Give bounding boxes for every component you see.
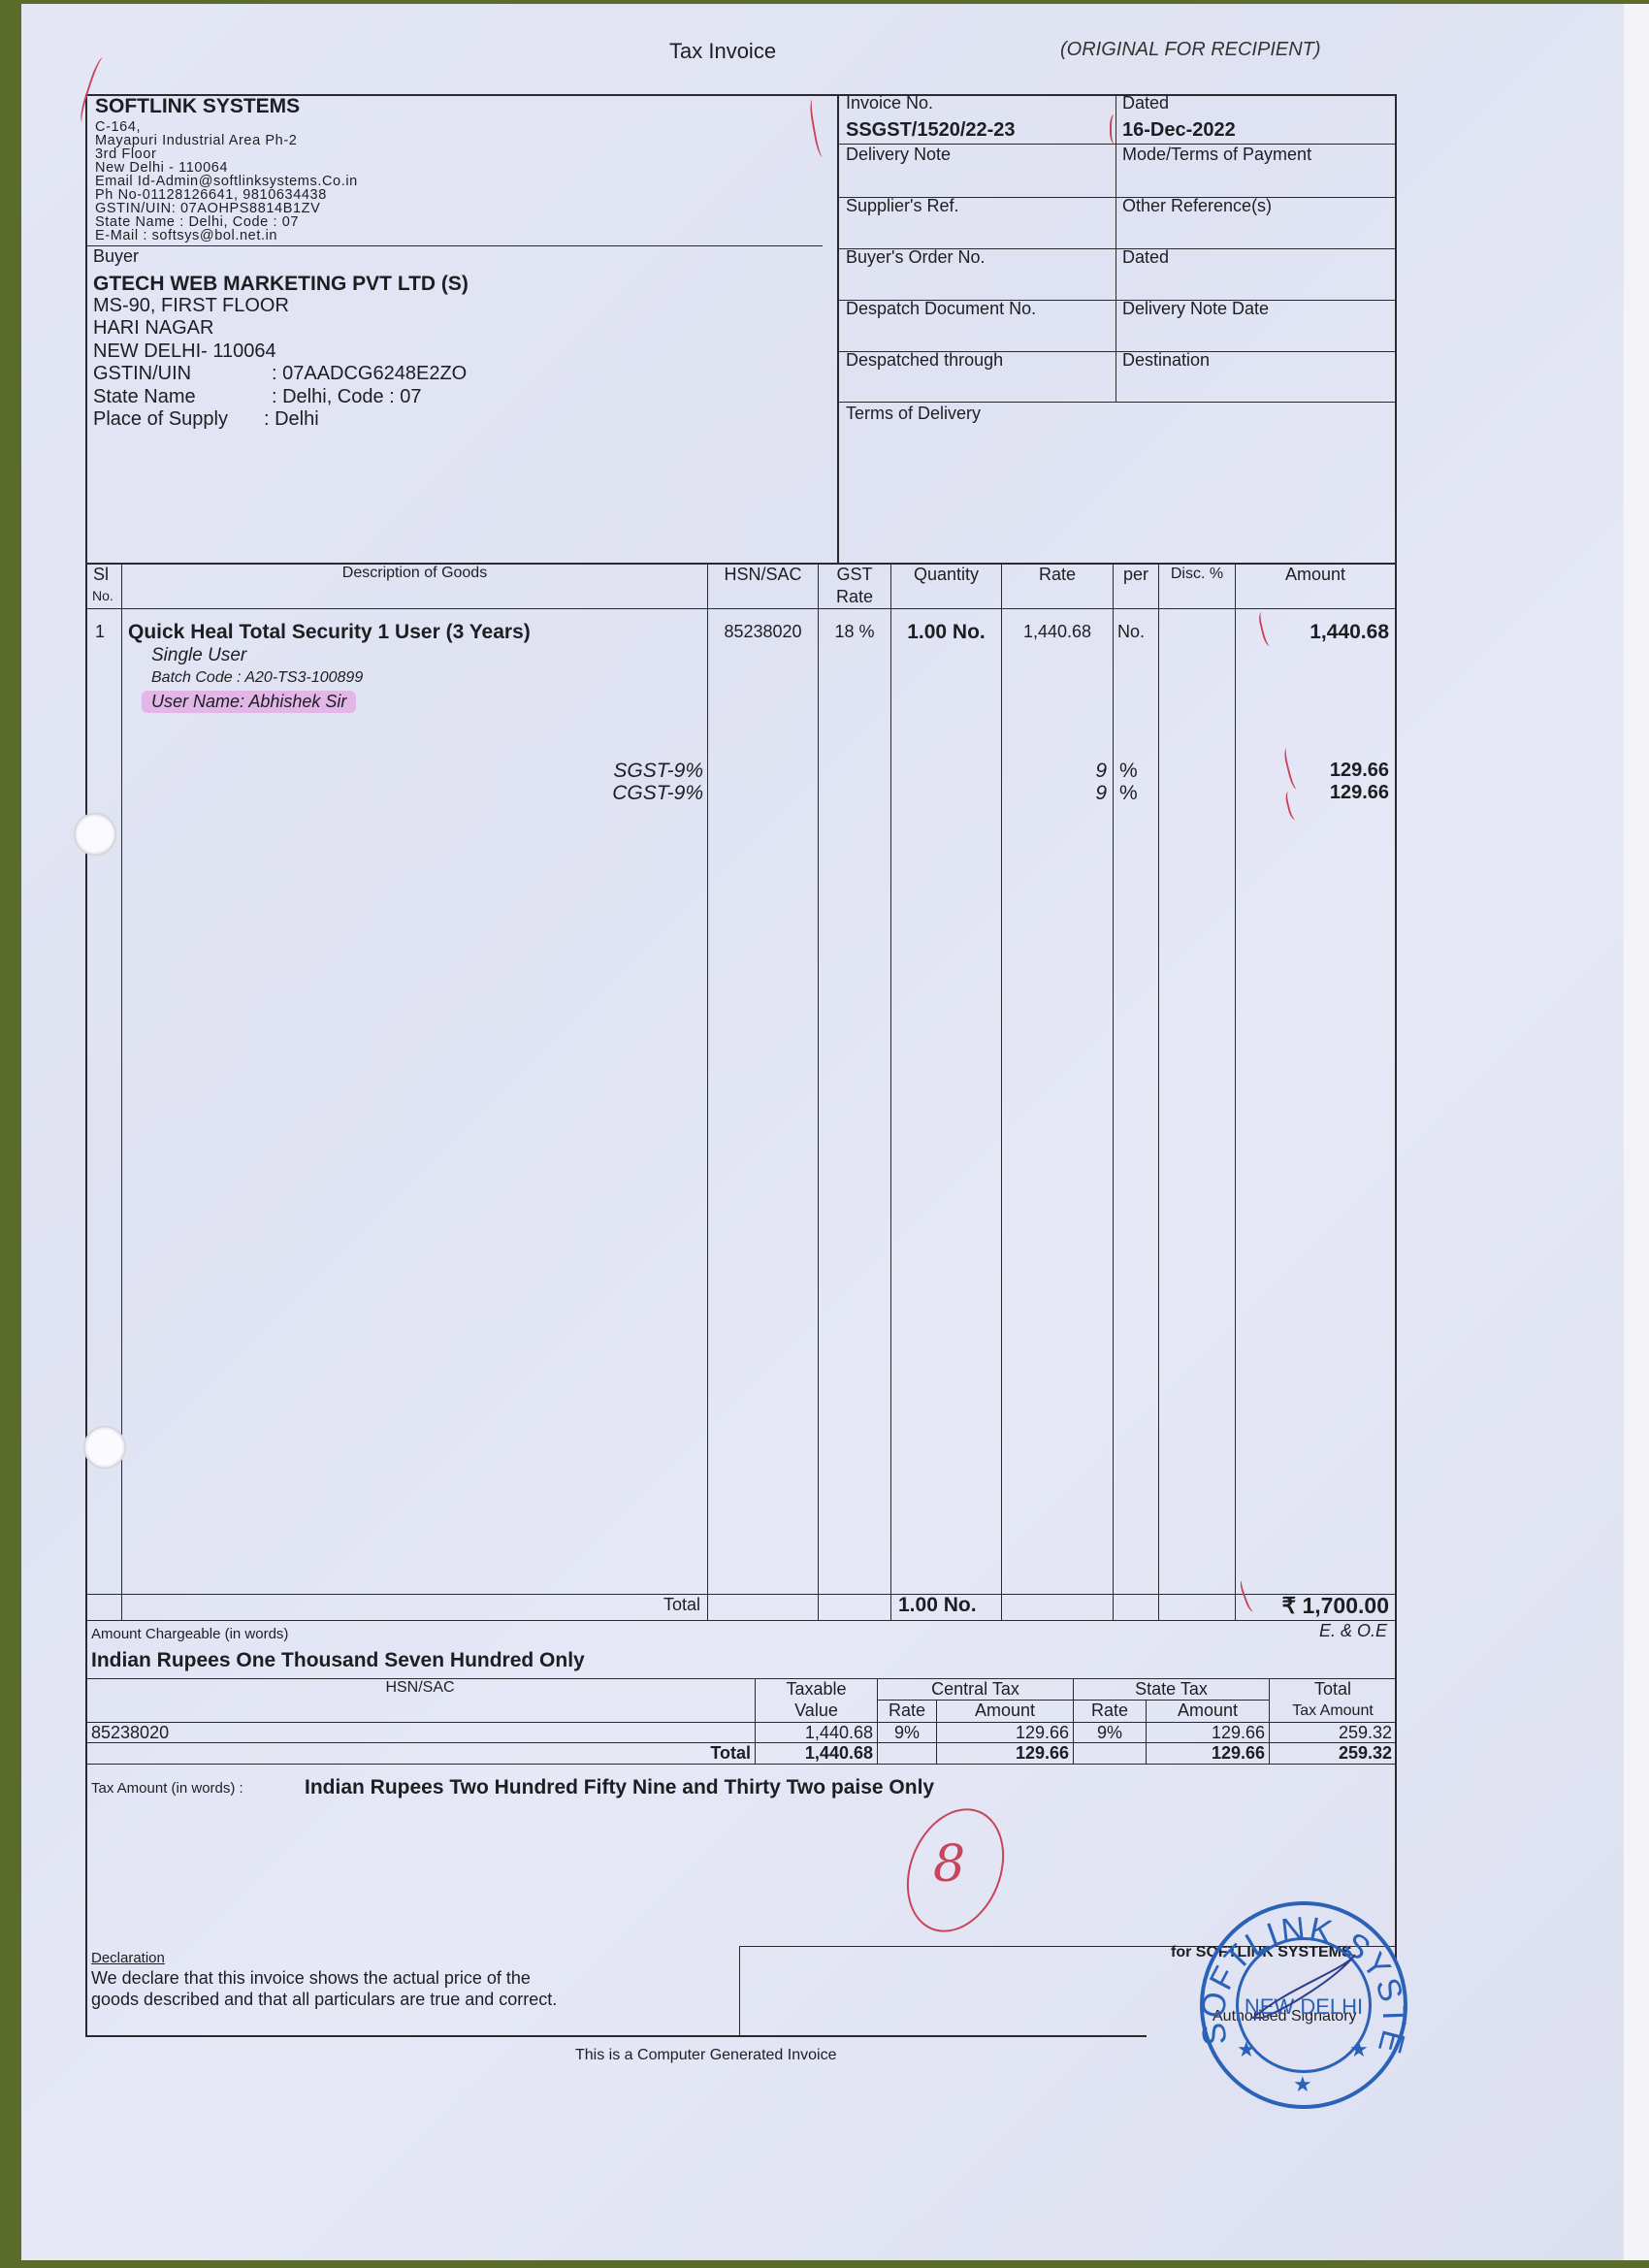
total-amount: ₹ 1,700.00: [1236, 1593, 1389, 1619]
document-title: Tax Invoice: [669, 39, 776, 64]
buyer-address-line: HARI NAGAR: [93, 317, 213, 340]
item-user-name: User Name: Abhishek Sir: [142, 691, 356, 713]
item-per: No.: [1117, 622, 1145, 642]
col-divider: [1001, 563, 1002, 1620]
svg-text:★: ★: [1349, 2037, 1369, 2061]
terms-delivery-label: Terms of Delivery: [846, 404, 981, 424]
summary-header-central-amount: Amount: [937, 1701, 1073, 1721]
tax-rate: 9: [1002, 782, 1107, 805]
summary-total-tax-amount: 259.32: [1270, 1743, 1392, 1764]
buyer-address-line: MS-90, FIRST FLOOR: [93, 295, 289, 318]
summary-header-tax-amount: Tax Amount: [1270, 1702, 1396, 1720]
svg-text:NEW DELHI: NEW DELHI: [1245, 1994, 1363, 2019]
punch-hole: [74, 813, 116, 856]
summary-total-label: Total: [85, 1743, 751, 1764]
tax-words-label: Tax Amount (in words) :: [91, 1780, 243, 1797]
summary-total-taxable: 1,440.68: [756, 1743, 873, 1764]
col-header-gst: GST: [819, 565, 890, 585]
col-divider: [890, 563, 891, 1620]
tax-name: SGST-9%: [388, 760, 703, 783]
summary-header-value: Value: [756, 1701, 877, 1721]
suppliers-ref-label: Supplier's Ref.: [846, 196, 959, 216]
buyer-label: Buyer: [93, 246, 139, 267]
item-subtitle: Single User: [151, 645, 246, 666]
col-header-description: Description of Goods: [122, 565, 707, 582]
buyer-address-line: NEW DELHI- 110064: [93, 340, 276, 364]
dated-label: Dated: [1122, 93, 1169, 113]
summary-central-rate: 9%: [878, 1723, 936, 1743]
signatory-box-bottom: [739, 2035, 1147, 2037]
tax-words: Indian Rupees Two Hundred Fifty Nine and…: [305, 1776, 934, 1799]
summary-total-tax: 259.32: [1270, 1723, 1392, 1743]
summary-header-hsn: HSN/SAC: [85, 1679, 755, 1697]
col-divider: [818, 563, 819, 1620]
seller-email-alt: E-Mail : softsys@bol.net.in: [95, 229, 277, 243]
col-header-per: per: [1114, 565, 1158, 585]
amount-words: Indian Rupees One Thousand Seven Hundred…: [91, 1649, 585, 1672]
eoe-label: E. & O.E: [1319, 1621, 1387, 1641]
summary-taxable: 1,440.68: [756, 1723, 873, 1743]
buyer-gstin-label: GSTIN/UIN: [93, 363, 191, 386]
buyer-state-label: State Name: [93, 386, 196, 409]
item-rate: 1,440.68: [1002, 622, 1113, 642]
col-header-quantity: Quantity: [891, 565, 1001, 585]
buyer-name: GTECH WEB MARKETING PVT LTD (S): [93, 273, 469, 296]
tax-amount: 129.66: [1236, 760, 1389, 782]
delivery-note-label: Delivery Note: [846, 145, 951, 165]
summary-total-central: 129.66: [937, 1743, 1069, 1764]
despatched-through-label: Despatched through: [846, 350, 1003, 371]
col-divider: [707, 563, 708, 1620]
col-divider: [1158, 563, 1159, 1620]
summary-header-state: State Tax: [1074, 1679, 1269, 1700]
page-edge: [1624, 4, 1649, 2260]
items-header-bottom: [85, 608, 1397, 609]
svg-text:★: ★: [1237, 2037, 1256, 2061]
col-header-sl-no: No.: [92, 588, 113, 603]
item-sl: 1: [95, 622, 105, 642]
col-header-sl: Sl: [93, 565, 109, 585]
order-dated-label: Dated: [1122, 247, 1169, 268]
declaration-text: goods described and that all particulars…: [91, 1990, 557, 2010]
col-divider: [121, 563, 122, 1620]
other-ref-label: Other Reference(s): [1122, 196, 1272, 216]
signatory-box-left: [739, 1946, 740, 2037]
meta-row-divider: [839, 402, 1396, 403]
buyer-place-label: Place of Supply: [93, 408, 228, 432]
frame-bottom: [85, 2035, 743, 2037]
tax-rate: 9: [1002, 760, 1107, 783]
declaration-text: We declare that this invoice shows the a…: [91, 1968, 531, 1989]
amount-words-label: Amount Chargeable (in words): [91, 1626, 288, 1642]
buyers-order-label: Buyer's Order No.: [846, 247, 985, 268]
item-batch-code: Batch Code : A20-TS3-100899: [151, 669, 363, 687]
buyer-gstin: : 07AADCG6248E2ZO: [272, 363, 467, 386]
summary-header-central-rate: Rate: [878, 1701, 936, 1721]
summary-header-state-rate: Rate: [1074, 1701, 1146, 1721]
stamp-text-icon: SOFTLINK SYSTEMS NEW DELHI ★ ★ ★: [1200, 1901, 1407, 2109]
summary-bottom: [85, 1764, 1397, 1765]
col-header-disc: Disc. %: [1159, 566, 1235, 583]
summary-header-state-amount: Amount: [1147, 1701, 1269, 1721]
divider: [85, 245, 823, 246]
destination-label: Destination: [1122, 350, 1210, 371]
col-divider: [1113, 563, 1114, 1620]
summary-state-amount: 129.66: [1147, 1723, 1265, 1743]
col-divider: [1235, 563, 1236, 1620]
total-quantity: 1.00 No.: [898, 1594, 977, 1617]
invoice-no-label: Invoice No.: [846, 93, 933, 113]
buyer-state: : Delhi, Code : 07: [272, 386, 422, 409]
item-description: Quick Heal Total Security 1 User (3 Year…: [128, 621, 531, 644]
total-row-top: [85, 1594, 1397, 1595]
summary-hsn: 85238020: [91, 1723, 169, 1743]
total-label: Total: [388, 1595, 700, 1615]
col-header-rate: Rate: [1002, 565, 1113, 585]
copy-label: (ORIGINAL FOR RECIPIENT): [1060, 39, 1321, 61]
invoice-no: SSGST/1520/22-23: [846, 119, 1016, 142]
item-quantity: 1.00 No.: [891, 621, 1001, 644]
tax-per: %: [1119, 782, 1138, 805]
col-header-gst-rate: Rate: [819, 587, 890, 607]
col-header-hsn: HSN/SAC: [708, 565, 818, 585]
company-stamp: SOFTLINK SYSTEMS NEW DELHI ★ ★ ★: [1200, 1901, 1407, 2109]
footer-note: This is a Computer Generated Invoice: [575, 2047, 836, 2064]
declaration-title: Declaration: [91, 1950, 165, 1966]
seller-name: SOFTLINK SYSTEMS: [95, 95, 300, 118]
handwritten-mark: 8: [933, 1835, 965, 1894]
buyer-place: : Delhi: [264, 408, 319, 432]
item-gst-rate: 18 %: [819, 622, 890, 642]
punch-hole: [83, 1426, 126, 1469]
invoice-date: 16-Dec-2022: [1122, 119, 1236, 142]
summary-header-total: Total: [1270, 1679, 1396, 1700]
summary-central-amount: 129.66: [937, 1723, 1069, 1743]
total-row-bottom: [85, 1620, 1397, 1621]
despatch-doc-label: Despatch Document No.: [846, 299, 1036, 319]
mode-terms-label: Mode/Terms of Payment: [1122, 145, 1311, 165]
meta-left-border: [837, 94, 839, 563]
tax-amount: 129.66: [1236, 782, 1389, 804]
summary-header-taxable: Taxable: [756, 1679, 877, 1700]
delivery-note-date-label: Delivery Note Date: [1122, 299, 1269, 319]
summary-state-rate: 9%: [1074, 1723, 1146, 1743]
svg-text:★: ★: [1293, 2072, 1312, 2096]
tax-name: CGST-9%: [388, 782, 703, 805]
item-hsn: 85238020: [708, 622, 818, 642]
summary-header-central: Central Tax: [878, 1679, 1073, 1700]
item-amount: 1,440.68: [1236, 621, 1389, 644]
summary-total-state: 129.66: [1147, 1743, 1265, 1764]
svg-text:SOFTLINK SYSTEMS: SOFTLINK SYSTEMS: [1200, 1901, 1407, 2058]
col-header-amount: Amount: [1236, 565, 1395, 585]
tax-per: %: [1119, 760, 1138, 783]
tick-mark-icon: [1110, 114, 1121, 144]
